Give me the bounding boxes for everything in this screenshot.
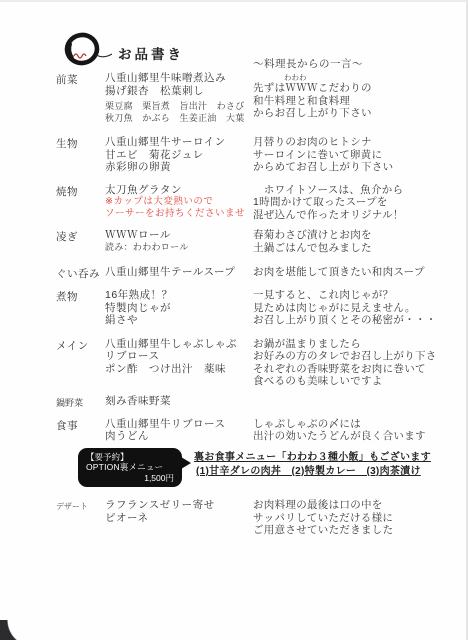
photo-corner-artifact [0,620,34,640]
dish-list: 八重山郷里牛サーロイン 甘エビ 菊花ジュレ 赤彩卵の卵黄 [105,136,253,174]
enso-brush-logo-icon [60,29,112,76]
comment-line: 見ためは肉じゃがに見えません。 [253,302,465,315]
dish-list: ＷＷＷロール 読み：わわわロール [105,229,253,253]
category-label: メイン [56,338,105,353]
badge-price: 1,500円 [86,473,174,484]
section-comment: 春菊わさび漬けとお肉を 土鍋ごはんで包みました [253,229,465,254]
dish-sub-list: 栗豆腐 栗旨煮 旨出汁 わさび 秋刀魚 かぶら 生姜正油 大葉 [105,101,253,124]
badge-option-label: OPTION裏メニュー [86,462,174,473]
hidden-menu-items: (1)甘辛ダレの肉丼 (2)特製カレー (3)肉茶漬け [196,465,431,480]
comment-line: お鍋が温まりましたら [253,338,465,351]
dish-line: 八重山郷里牛リブロース [105,418,253,431]
dish-line: ＷＷＷロール [105,229,253,242]
category-label: デザート [56,499,105,512]
dish-line: 刻み香味野菜 [105,395,253,408]
dish-list: 16年熟成！？ 特製肉じゃが 絹さや [105,289,253,327]
badge-tail-pointer [181,457,191,469]
dish-list: 太刀魚グラタン ※カップは大変熱いので ソーサーをお持ちくださいませ [105,184,253,221]
section-shokuji: 食事 八重山郷里牛リブロース 肉うどん しゃぶしゃぶの〆には 出汁の効いたうどん… [0,418,466,443]
category-label: 食事 [56,418,105,433]
section-comment: 月替りのお肉のヒトシナ サーロインに巻いて卵黄に からめてお召し上がり下さい [253,136,465,174]
section-guinomi: ぐい呑み 八重山郷里牛テールスープ お肉を堪能して頂きたい和肉スープ [0,266,466,281]
comment-line: 1時間かけて取ったスープを [253,196,465,209]
comment-line: お召し上がり頂くとその秘密が・・・ [253,314,465,327]
comment-line: 混ぜ込んで作ったオリジナル！ [253,209,465,222]
section-comment: ホワイトソースは、魚介から 1時間かけて取ったスープを 混ぜ込んで作ったオリジナ… [253,184,465,222]
comment-line: 土鍋ごはんで包みました [253,242,465,255]
dish-line: ポン酢 つけ出汁 薬味 [105,363,253,376]
page-title: お品書き [118,43,184,63]
dish-line: 八重山郷里牛味噌煮込み [105,72,253,85]
chef-note-heading: ～料理長からの一言～ [253,56,465,71]
dish-line: 八重山郷里牛しゃぶしゃぶ [105,338,253,351]
comment-line: ご用意させていただきました [253,524,465,537]
category-label: 凌ぎ [56,229,105,244]
section-shinogi: 凌ぎ ＷＷＷロール 読み：わわわロール 春菊わさび漬けとお肉を 土鍋ごはんで包み… [0,229,466,254]
dish-line: 16年熟成！？ [105,289,253,302]
dish-line: 八重山郷里牛サーロイン [105,136,253,149]
menu-body: 前菜 八重山郷里牛味噌煮込み 揚げ銀杏 松葉刺し 栗豆腐 栗旨煮 旨出汁 わさび… [0,72,466,537]
dish-line: 揚げ銀杏 松葉刺し [105,85,253,98]
category-label: 煮物 [56,289,105,304]
dish-line: 特製肉じゃが [105,302,253,315]
dish-line: ピオーネ [105,512,253,525]
hot-cup-warning-line: ソーサーをお持ちくださいませ [105,208,253,220]
section-main: メイン 八重山郷里牛しゃぶしゃぶ リブロース ポン酢 つけ出汁 薬味 お鍋が温ま… [0,338,466,388]
dish-list: 八重山郷里牛リブロース 肉うどん [105,418,253,443]
furigana-text: わわわ [284,73,465,82]
chef-note-line: からお召し上がり下さい [253,107,465,120]
comment-line: お肉を堪能して頂きたい和肉スープ [253,266,465,279]
dish-list: ラフランスゼリー寄せ ピオーネ [105,499,253,524]
category-label: 焼物 [56,184,105,199]
comment-line: ホワイトソースは、魚介から [253,184,465,197]
section-comment: お肉を堪能して頂きたい和肉スープ [253,266,465,279]
dish-line: ラフランスゼリー寄せ [105,499,253,512]
section-comment: お肉料理の最後は口の中を サッパリしていただける様に ご用意させていただきました [253,499,465,537]
badge-reserve-label: 【要予約】 [86,452,174,463]
comment-line: それぞれの香味野菜をお肉に巻いて [253,363,465,376]
comment-line: からめてお召し上がり下さい [253,161,465,174]
comment-line: 出汁の効いたうどんが良く合います [253,430,465,443]
section-yakimono: 焼物 太刀魚グラタン ※カップは大変熱いので ソーサーをお持ちくださいませ ホワ… [0,184,466,222]
dish-line: リブロース [105,350,253,363]
section-dessert: デザート ラフランスゼリー寄せ ピオーネ お肉料理の最後は口の中を サッパリして… [0,499,466,537]
dish-sub-line: 秋刀魚 かぶら 生姜正油 大葉 [105,113,253,125]
dish-line: 絹さや [105,314,253,327]
section-namamono: 生物 八重山郷里牛サーロイン 甘エビ 菊花ジュレ 赤彩卵の卵黄 月替りのお肉のヒ… [0,136,466,174]
hot-cup-warning-line: ※カップは大変熱いので [105,196,253,208]
dish-line: 八重山郷里牛テールスープ [105,266,253,279]
comment-line: サッパリしていただける様に [253,512,465,525]
dish-line: 肉うどん [105,430,253,443]
section-comment: お鍋が温まりましたら お好みの方のタレでお召し上がり下さ それぞれの香味野菜をお… [253,338,465,388]
comment-line: 月替りのお肉のヒトシナ [253,136,465,149]
hidden-menu-note: 裏お食事メニュー「わわわ３種小飯」もございます (1)甘辛ダレの肉丼 (2)特製… [194,451,431,488]
dish-list: 刻み香味野菜 [105,395,253,408]
category-label: 前菜 [56,72,105,87]
hidden-menu-title: 裏お食事メニュー「わわわ３種小飯」もございます [194,451,431,466]
chef-note-line: 和牛料理と和食料理 [253,95,465,108]
dish-reading-line: 読み：わわわロール [105,242,253,254]
menu-header: お品書き [60,29,184,76]
dish-list: 八重山郷里牛テールスープ [105,266,253,279]
chef-note: ～料理長からの一言～ わわわ 先ずはＷＷＷこだわりの 和牛料理と和食料理 からお… [253,56,465,120]
comment-line: サーロインに巻いて卵黄に [253,149,465,162]
category-label: 生物 [56,136,105,151]
section-comment: 一見すると、これ肉じゃが？ 見ためは肉じゃがに見えません。 お召し上がり頂くとそ… [253,289,465,327]
category-label: ぐい呑み [56,266,105,281]
menu-page: お品書き 前菜 八重山郷里牛味噌煮込み 揚げ銀杏 松葉刺し 栗豆腐 栗旨煮 旨出… [0,0,468,640]
dish-sub-line: 栗豆腐 栗旨煮 旨出汁 わさび [105,101,253,113]
comment-line: 一見すると、これ肉じゃが？ [253,289,465,302]
dish-line: 甘エビ 菊花ジュレ [105,149,253,162]
section-nabeyasai: 鍋野菜 刻み香味野菜 [0,395,466,409]
section-zensai: 前菜 八重山郷里牛味噌煮込み 揚げ銀杏 松葉刺し 栗豆腐 栗旨煮 旨出汁 わさび… [0,72,466,124]
comment-line: お好みの方のタレでお召し上がり下さ [253,350,465,363]
dish-list: 八重山郷里牛しゃぶしゃぶ リブロース ポン酢 つけ出汁 薬味 [105,338,253,376]
comment-line: 春菊わさび漬けとお肉を [253,229,465,242]
dish-line: 赤彩卵の卵黄 [105,161,253,174]
comment-line: お肉料理の最後は口の中を [253,499,465,512]
category-label: 鍋野菜 [56,395,105,409]
dish-list: 八重山郷里牛味噌煮込み 揚げ銀杏 松葉刺し 栗豆腐 栗旨煮 旨出汁 わさび 秋刀… [105,72,253,124]
comment-line: しゃぶしゃぶの〆には [253,418,465,431]
chef-note-line: 先ずはＷＷＷこだわりの [253,82,465,95]
section-nimono: 煮物 16年熟成！？ 特製肉じゃが 絹さや 一見すると、これ肉じゃが？ 見ためは… [0,289,466,327]
option-reservation-badge: 【要予約】 OPTION裏メニュー 1,500円 [78,448,182,488]
dish-line: 太刀魚グラタン [105,184,253,197]
comment-line: 食べるのも美味しいですよ [253,375,465,388]
option-menu-row: 【要予約】 OPTION裏メニュー 1,500円 裏お食事メニュー「わわわ３種小… [78,448,466,488]
section-comment: しゃぶしゃぶの〆には 出汁の効いたうどんが良く合います [253,418,465,443]
